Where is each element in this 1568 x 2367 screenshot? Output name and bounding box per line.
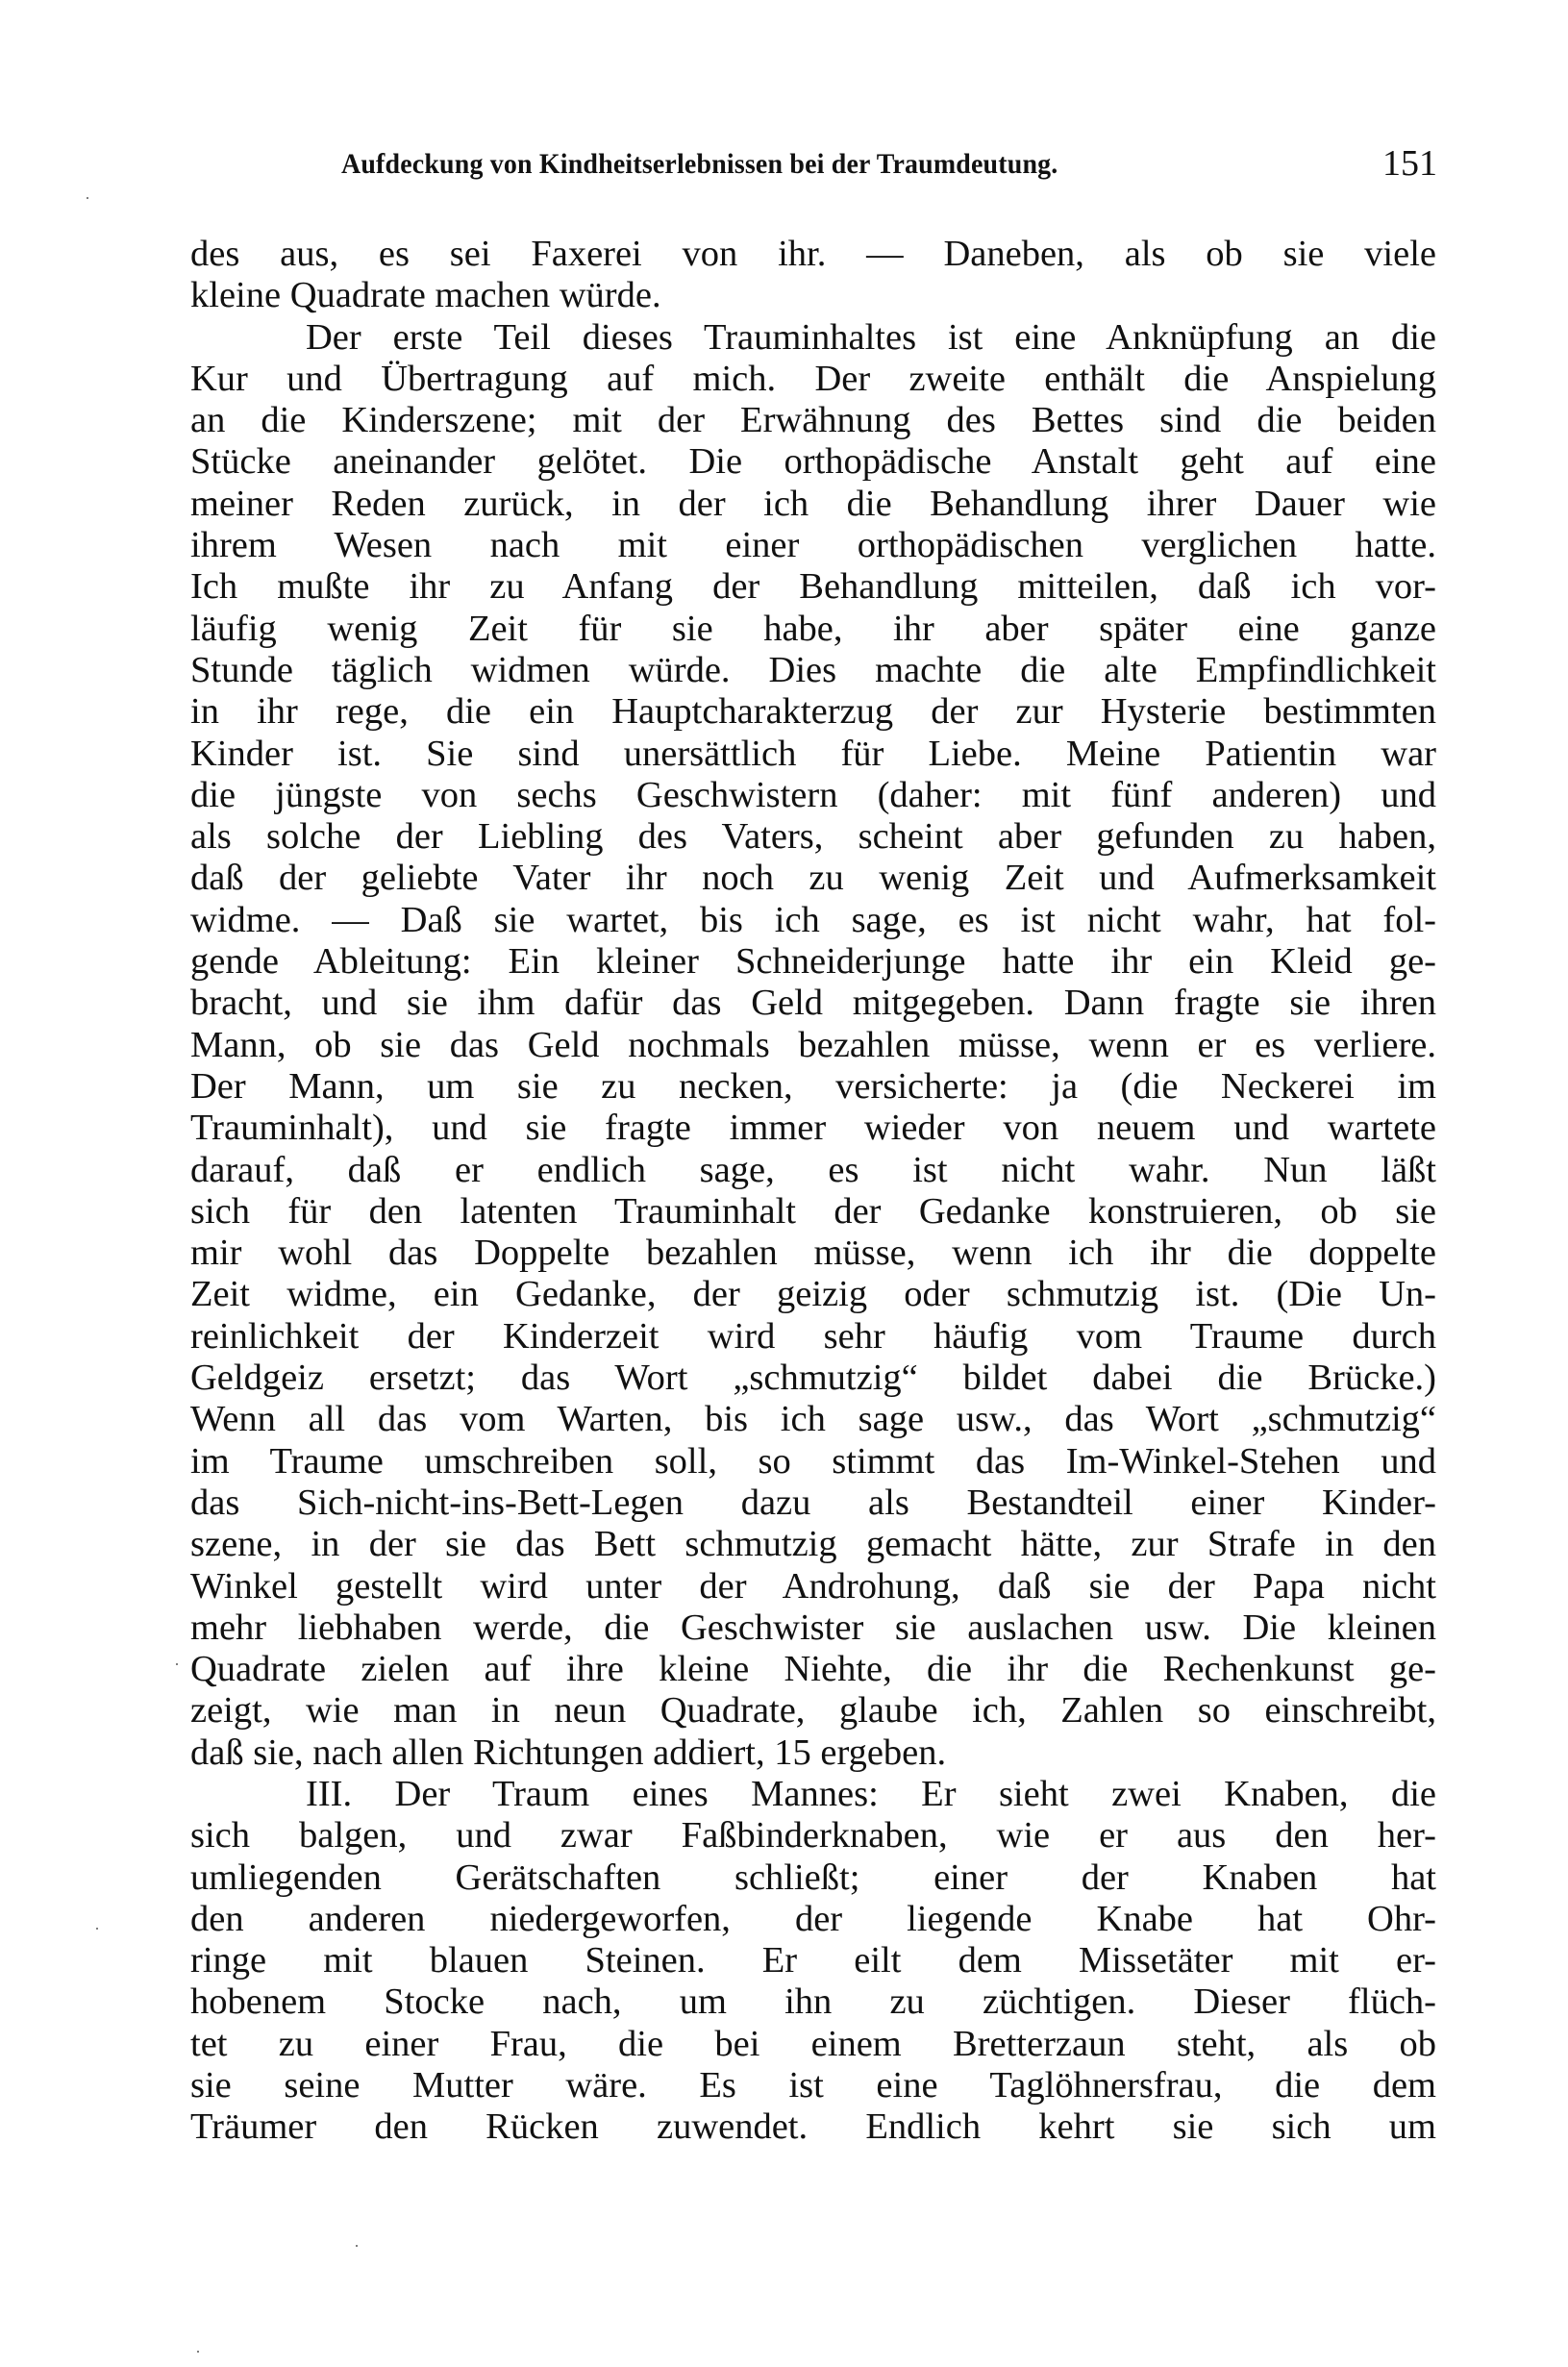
text-line: Winkel gestellt wird unter der Androhung… xyxy=(190,1566,1436,1607)
text-line: des aus, es sei Faxerei von ihr. — Daneb… xyxy=(190,234,1436,275)
text-line: Der Mann, um sie zu necken, versicherte:… xyxy=(190,1066,1436,1108)
text-line: im Traume umschreiben soll, so stimmt da… xyxy=(190,1441,1436,1482)
text-line: Träumer den Rücken zuwendet. Endlich keh… xyxy=(190,2106,1436,2148)
text-line: sich balgen, und zwar Faßbinderknaben, w… xyxy=(190,1815,1436,1856)
text-line: ringe mit blauen Steinen. Er eilt dem Mi… xyxy=(190,1940,1436,1981)
text-line: die jüngste von sechs Geschwistern (dahe… xyxy=(190,775,1436,816)
text-line: meiner Reden zurück, in der ich die Beha… xyxy=(190,484,1436,525)
text-line: gende Ableitung: Ein kleiner Schneiderju… xyxy=(190,941,1436,983)
text-line: in ihr rege, die ein Hauptcharakterzug d… xyxy=(190,691,1436,733)
text-line: Zeit widme, ein Gedanke, der geizig oder… xyxy=(190,1274,1436,1315)
text-line: läufig wenig Zeit für sie habe, ihr aber… xyxy=(190,609,1436,650)
text-line: Stücke aneinander gelötet. Die orthopädi… xyxy=(190,441,1436,483)
text-line: umliegenden Gerätschaften schließt; eine… xyxy=(190,1857,1436,1899)
text-line: Ich mußte ihr zu Anfang der Behandlung m… xyxy=(190,566,1436,608)
text-line: tet zu einer Frau, die bei einem Bretter… xyxy=(190,2024,1436,2065)
text-line-paragraph-start: Der erste Teil dieses Trauminhaltes ist … xyxy=(190,317,1436,359)
book-page: Aufdeckung von Kindheitserlebnissen bei … xyxy=(0,0,1568,2367)
text-line: szene, in der sie das Bett schmutzig gem… xyxy=(190,1524,1436,1565)
text-line: als solche der Liebling des Vaters, sche… xyxy=(190,816,1436,858)
text-line-paragraph-end: daß sie, nach allen Richtungen addiert, … xyxy=(190,1732,1436,1774)
text-line: Stunde täglich widmen würde. Dies machte… xyxy=(190,650,1436,691)
text-line: Kinder ist. Sie sind unersättlich für Li… xyxy=(190,734,1436,775)
text-line: den anderen niedergeworfen, der liegende… xyxy=(190,1899,1436,1940)
text-line: hobenem Stocke nach, um ihn zu züchtigen… xyxy=(190,1981,1436,2023)
text-line: sich für den latenten Trauminhalt der Ge… xyxy=(190,1191,1436,1233)
running-header: Aufdeckung von Kindheitserlebnissen bei … xyxy=(341,144,1437,187)
scan-speck xyxy=(356,2245,358,2247)
scan-speck xyxy=(197,2351,199,2353)
body-text: des aus, es sei Faxerei von ihr. — Daneb… xyxy=(190,234,1436,2149)
text-line: daß der geliebte Vater ihr noch zu wenig… xyxy=(190,858,1436,899)
text-line: widme. — Daß sie wartet, bis ich sage, e… xyxy=(190,900,1436,941)
running-title: Aufdeckung von Kindheitserlebnissen bei … xyxy=(341,148,1058,181)
text-line: ihrem Wesen nach mit einer orthopädische… xyxy=(190,525,1436,566)
text-line: zeigt, wie man in neun Quadrate, glaube … xyxy=(190,1690,1436,1732)
text-line: mir wohl das Doppelte bezahlen müsse, we… xyxy=(190,1233,1436,1274)
text-line: Trauminhalt), und sie fragte immer wiede… xyxy=(190,1108,1436,1149)
text-line: mehr liebhaben werde, die Geschwister si… xyxy=(190,1607,1436,1649)
page-number: 151 xyxy=(1382,142,1437,185)
scan-speck xyxy=(96,1928,98,1930)
scan-speck xyxy=(87,197,88,199)
text-line-paragraph-end: kleine Quadrate machen würde. xyxy=(190,275,1436,316)
text-line: bracht, und sie ihm dafür das Geld mitge… xyxy=(190,983,1436,1024)
text-line: an die Kinderszene; mit der Erwähnung de… xyxy=(190,400,1436,441)
text-line: Kur und Übertragung auf mich. Der zweite… xyxy=(190,359,1436,400)
text-line: Mann, ob sie das Geld nochmals bezahlen … xyxy=(190,1025,1436,1066)
text-line: Wenn all das vom Warten, bis ich sage us… xyxy=(190,1399,1436,1440)
text-line: Geldgeiz ersetzt; das Wort „schmutzig“ b… xyxy=(190,1358,1436,1399)
text-line: darauf, daß er endlich sage, es ist nich… xyxy=(190,1150,1436,1191)
text-line: sie seine Mutter wäre. Es ist eine Taglö… xyxy=(190,2065,1436,2106)
scan-speck xyxy=(176,1663,178,1665)
text-line-paragraph-start: III. Der Traum eines Mannes: Er sieht zw… xyxy=(190,1774,1436,1815)
text-line: das Sich-nicht-ins-Bett-Legen dazu als B… xyxy=(190,1482,1436,1524)
text-line: reinlichkeit der Kinderzeit wird sehr hä… xyxy=(190,1316,1436,1358)
text-line: Quadrate zielen auf ihre kleine Niehte, … xyxy=(190,1649,1436,1690)
